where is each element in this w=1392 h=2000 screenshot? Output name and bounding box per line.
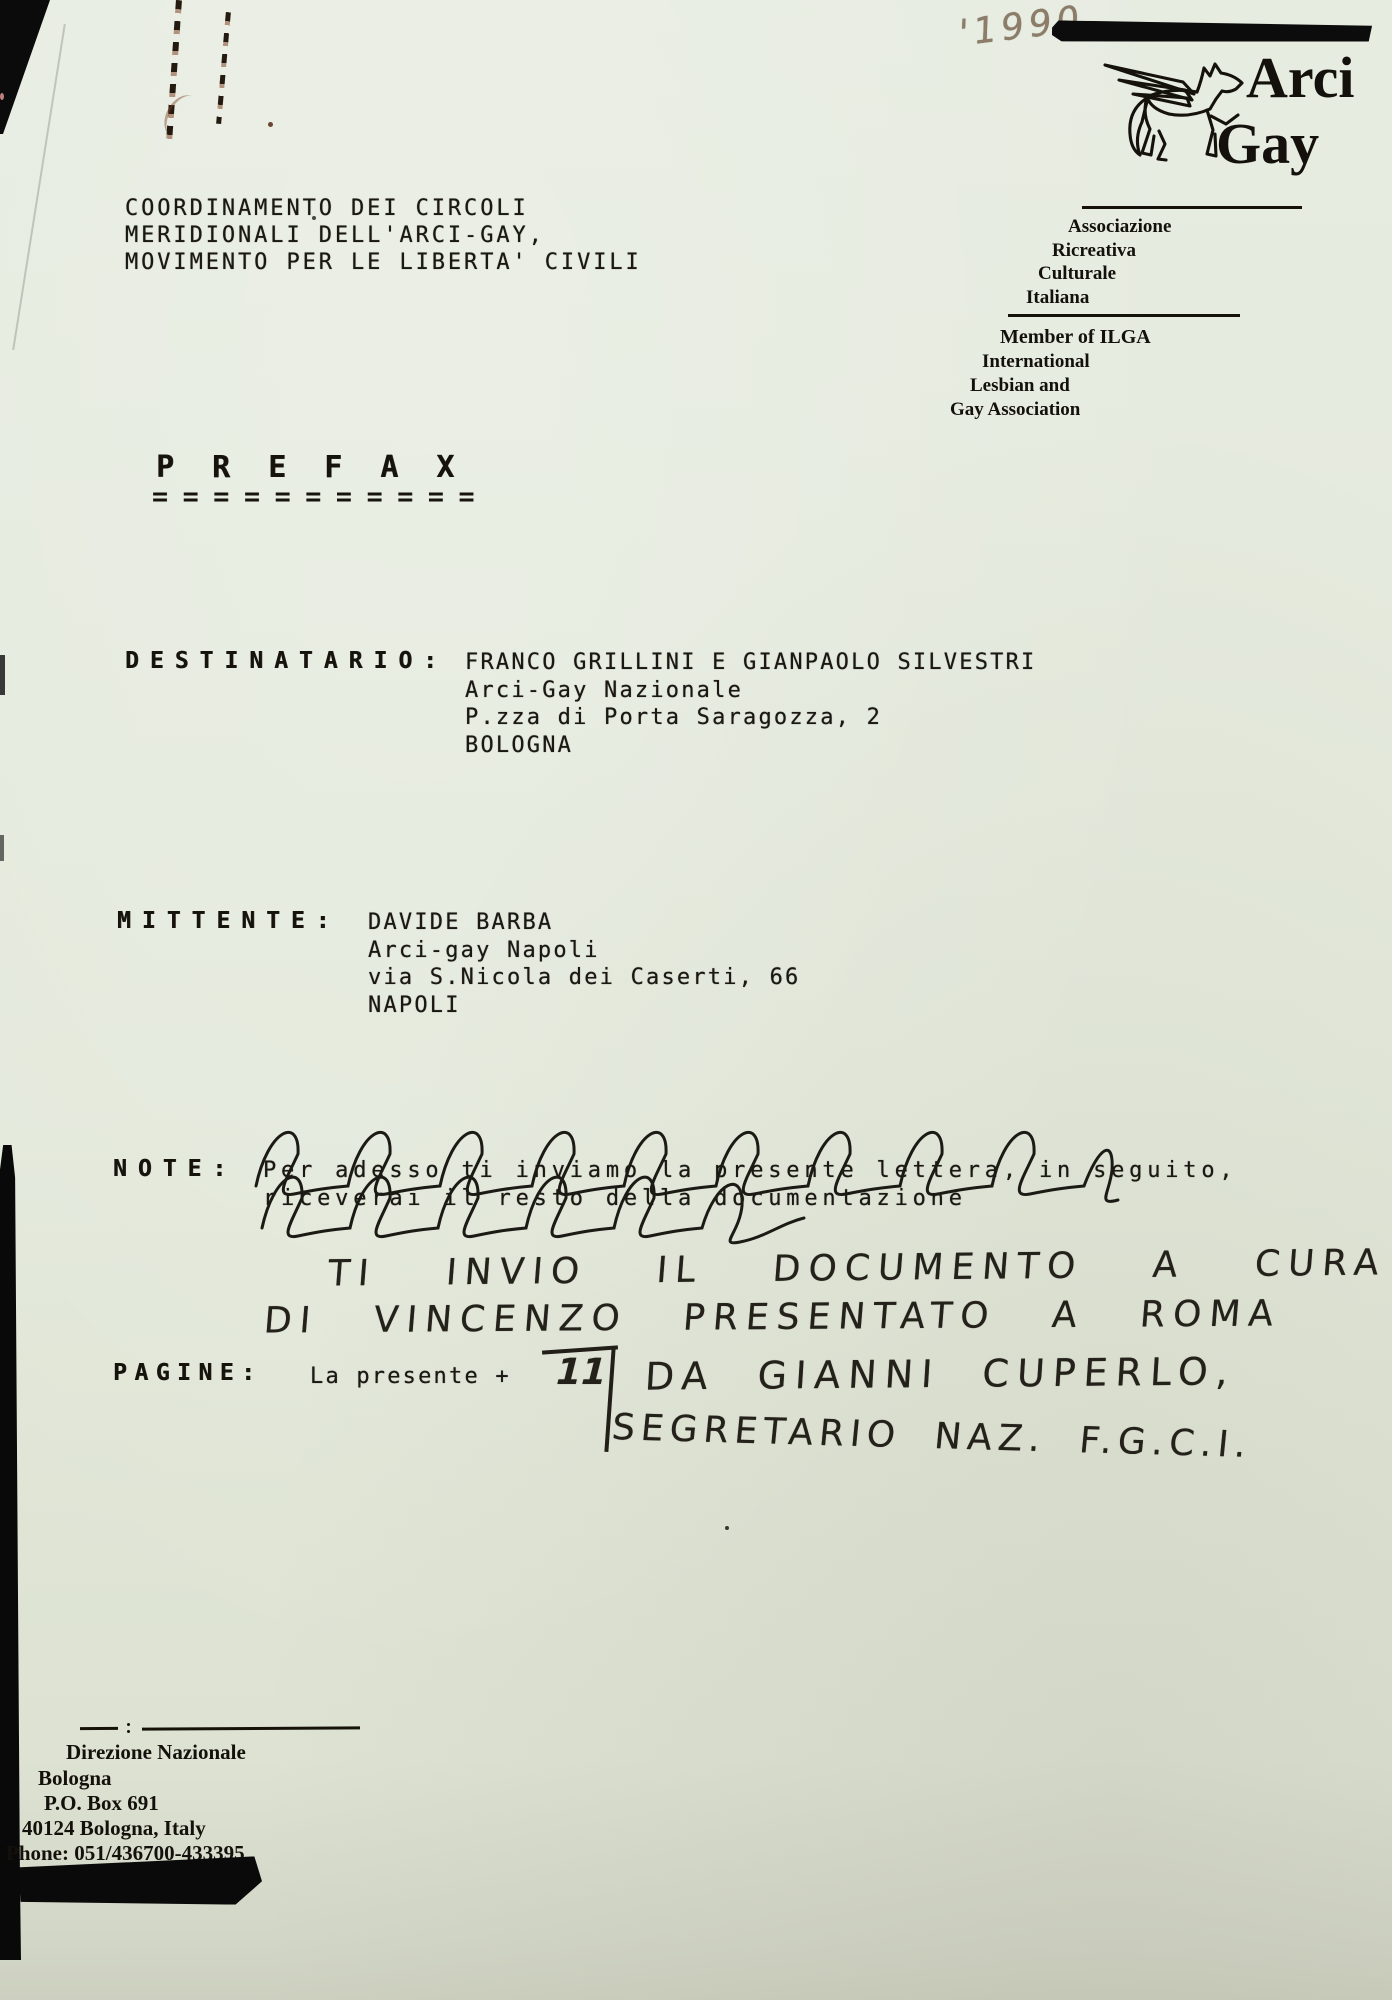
association-rule-top [1082,206,1302,209]
mittente-line: NAPOLI [368,993,461,1018]
destinatario-line: BOLOGNA [465,733,573,758]
mittente-line: Arci-gay Napoli [368,938,600,963]
logo-text-arci: Arci [1246,44,1354,111]
org-header-line: MERIDIONALI DELL'ARCI-GAY, [125,223,545,248]
membership-line: Member of ILGA [1000,326,1151,349]
field-label-mittente: MITTENTE: [117,908,341,934]
scan-corner-artifact [0,0,50,134]
org-header-line: COORDINAMENTO DEI CIRCOLI [125,196,529,221]
field-label-destinatario: DESTINATARIO: [125,648,448,674]
membership-line: International [982,351,1090,373]
destinatario-line: FRANCO GRILLINI E GIANPAOLO SILVESTRI [465,650,1036,675]
strikethrough-scribble-icon [248,1128,1358,1263]
pagine-handwritten-line: SEGRETARIO NAZ. F.G.C.I. [610,1407,1254,1466]
pagine-handwritten-line: DA GIANNI CUPERLO, [644,1349,1238,1398]
scan-edge-mark [0,655,5,695]
membership-line: Gay Association [950,399,1080,421]
association-line: Culturale [1038,263,1116,285]
fax-cover-sheet: '1990 Arci Gay Associazione Ricreativa C… [0,0,1392,2000]
association-line: Ricreativa [1052,240,1136,262]
scan-speck [0,93,4,100]
membership-line: Lesbian and [970,375,1070,397]
scan-edge-strip [0,1145,21,1960]
footer-rule [80,1727,118,1730]
org-header-line: MOVIMENTO PER LE LIBERTA' CIVILI [125,250,642,275]
page-title: PREFAX [156,450,492,485]
footer-line: Bologna [38,1766,112,1791]
footer-rule-dot [127,1723,130,1726]
footer-line: P.O. Box 691 [44,1791,159,1816]
association-rule-bottom [1008,314,1240,317]
footer-rule-dot [127,1730,130,1733]
pagine-typed: La presente + [310,1364,511,1389]
logo-text-gay: Gay [1216,110,1319,177]
association-line: Associazione [1068,216,1171,238]
footer-rule [142,1726,360,1730]
rust-smear [157,89,208,145]
destinatario-line: P.zza di Porta Saragozza, 2 [465,705,882,730]
note-handwritten-line: DI VINCENZO PRESENTATO A ROMA [262,1293,1282,1341]
page-title-underline: =========== [152,482,489,512]
field-label-note: NOTE: [113,1156,237,1182]
staple-mark [216,12,231,124]
destinatario-line: Arci-Gay Nazionale [465,678,743,703]
scan-edge-mark [0,835,4,861]
mittente-line: via S.Nicola dei Caserti, 66 [368,965,800,990]
footer-line: 40124 Bologna, Italy [22,1816,206,1841]
ink-speck [725,1526,729,1530]
redaction-bar-top [1052,20,1372,44]
pagine-count-handwritten: 11 [551,1352,611,1393]
field-label-pagine: PAGINE: [113,1360,262,1386]
rust-speck [268,122,273,127]
footer-line: Direzione Nazionale [66,1740,246,1765]
association-line: Italiana [1026,287,1089,309]
mittente-line: DAVIDE BARBA [368,910,553,935]
